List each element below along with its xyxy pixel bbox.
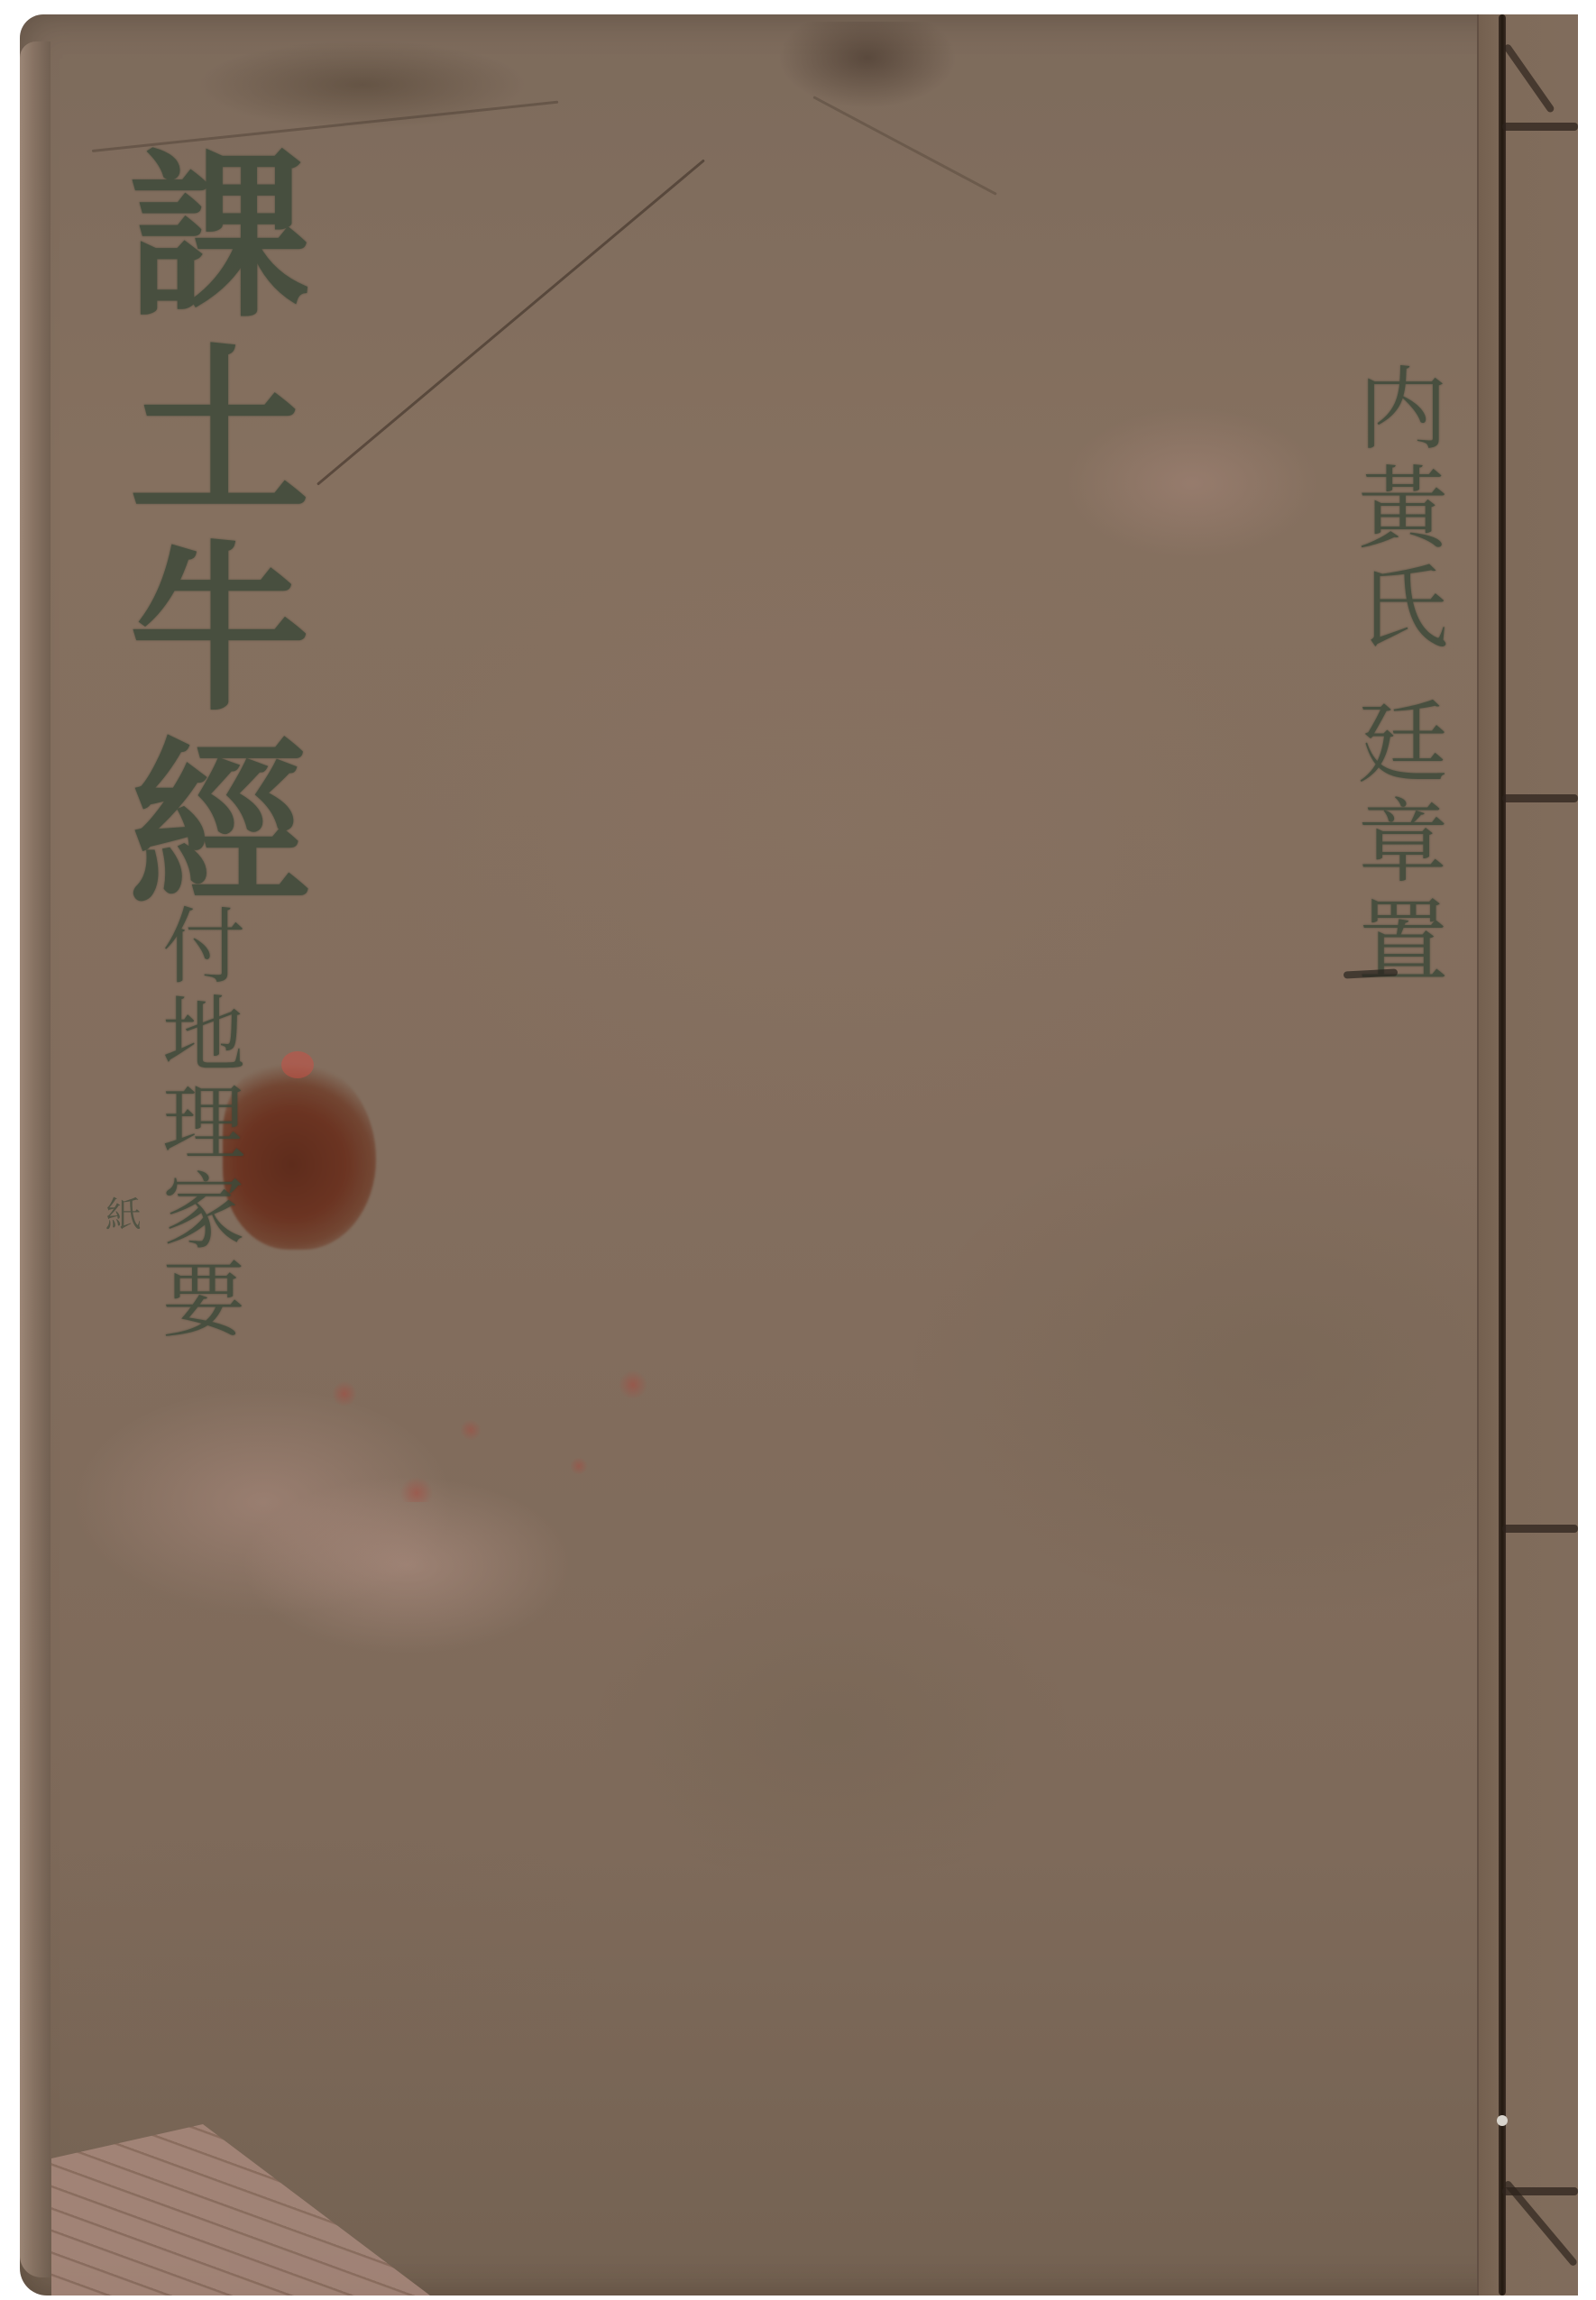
book-subtitle: 付地理家要 <box>155 903 238 1344</box>
binding-thread <box>1499 14 1506 2295</box>
binding-stitch <box>1502 1525 1578 1533</box>
red-seal-remnant <box>281 1051 314 1078</box>
owner-inscription: 内黃氏廷章置 <box>1350 362 1440 993</box>
owner-inscription-line2: 廷章置 <box>1343 695 1448 993</box>
binding-stitch-diagonal <box>1503 43 1555 114</box>
red-specks <box>308 1367 669 1502</box>
small-ink-mark: 紙 <box>105 1187 142 1238</box>
folded-corner <box>51 2124 430 2295</box>
book-cover: 課土牛經 付地理家要 紙 内黃氏廷章置 <box>20 14 1578 2295</box>
owner-inscription-line1: 内黃氏 <box>1343 362 1448 659</box>
binding-spine <box>1477 14 1578 2295</box>
thread-knot <box>1497 2115 1508 2126</box>
frayed-left-edge <box>20 41 50 2277</box>
book-title: 課土牛經 <box>115 141 295 927</box>
diagonal-crease <box>316 159 705 485</box>
brown-stain <box>223 1060 376 1250</box>
binding-stitch <box>1502 123 1578 131</box>
binding-stitch <box>1502 794 1578 802</box>
